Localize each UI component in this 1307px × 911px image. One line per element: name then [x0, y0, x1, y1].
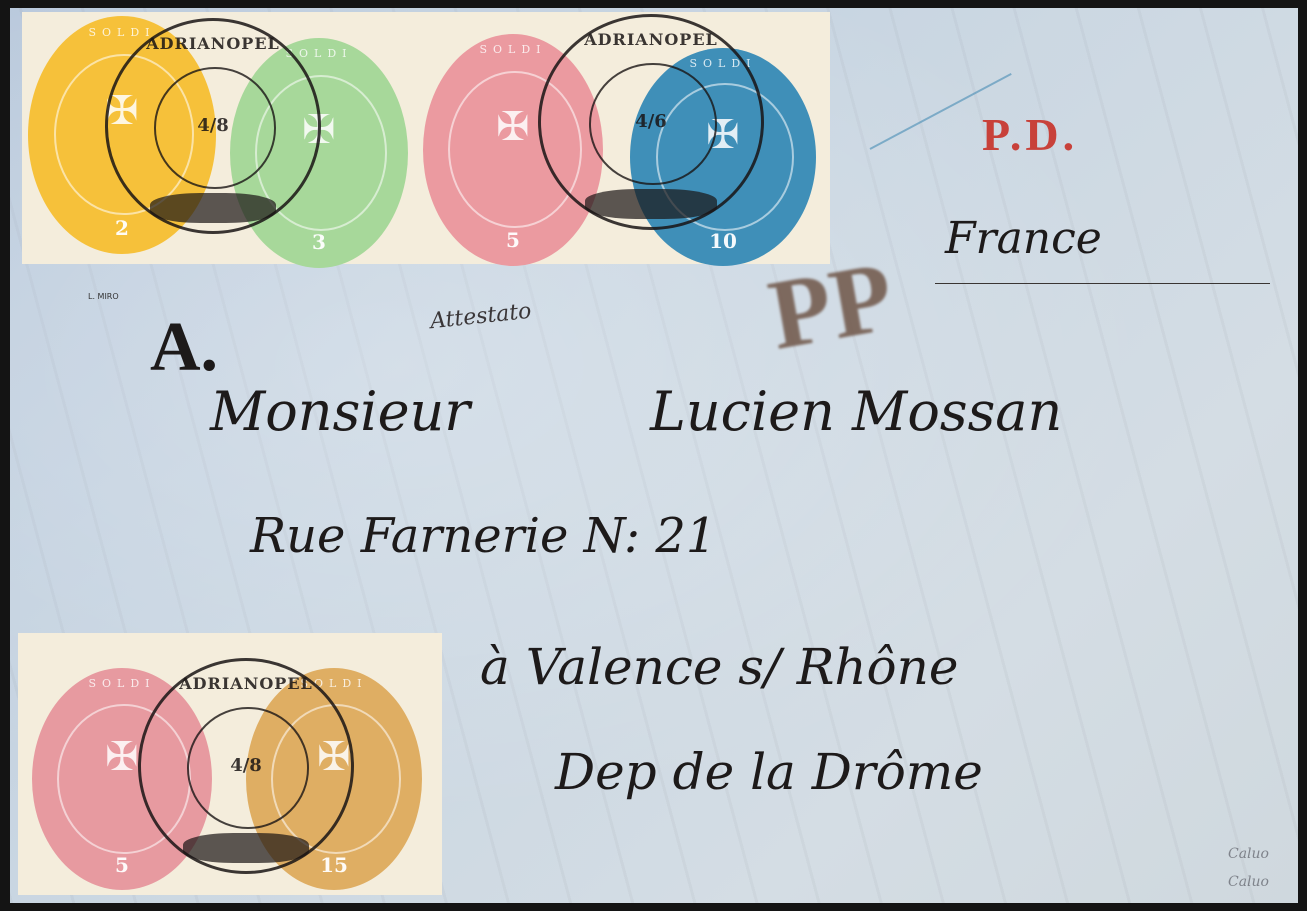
- routing-underline: [935, 283, 1270, 284]
- pp-marking: PP: [761, 238, 901, 372]
- envelope-cover: SOLDI ✠ 2 SOLDI ✠ 3 SOLDI ✠ 5 SOLDI ✠ 10…: [10, 8, 1298, 903]
- postmark-adrianopel-2: ADRIANOPEL 4/6: [538, 14, 764, 230]
- address-city: à Valence s/ Rhône: [480, 638, 958, 696]
- double-eagle-icon: ✠: [105, 737, 139, 777]
- pd-marking: P.D.: [982, 108, 1078, 161]
- pencil-mark-1: Caluo: [1228, 846, 1269, 862]
- postmark-adrianopel-1: ADRIANOPEL 4/8: [105, 18, 321, 234]
- address-name: Lucien Mossan: [650, 380, 1062, 443]
- routing-france: France: [945, 213, 1102, 264]
- address-salutation: Monsieur: [210, 380, 470, 443]
- double-eagle-icon: ✠: [496, 107, 530, 147]
- postmark-adrianopel-3: ADRIANOPEL 4/8: [138, 658, 354, 874]
- address-street: Rue Farnerie N: 21: [250, 508, 716, 564]
- address-department: Dep de la Drôme: [555, 743, 983, 801]
- printer-imprint: L. MIRO: [88, 292, 119, 301]
- a-marking: A.: [150, 308, 218, 388]
- pencil-note: Attestato: [429, 299, 533, 334]
- pencil-mark-2: Caluo: [1228, 874, 1269, 890]
